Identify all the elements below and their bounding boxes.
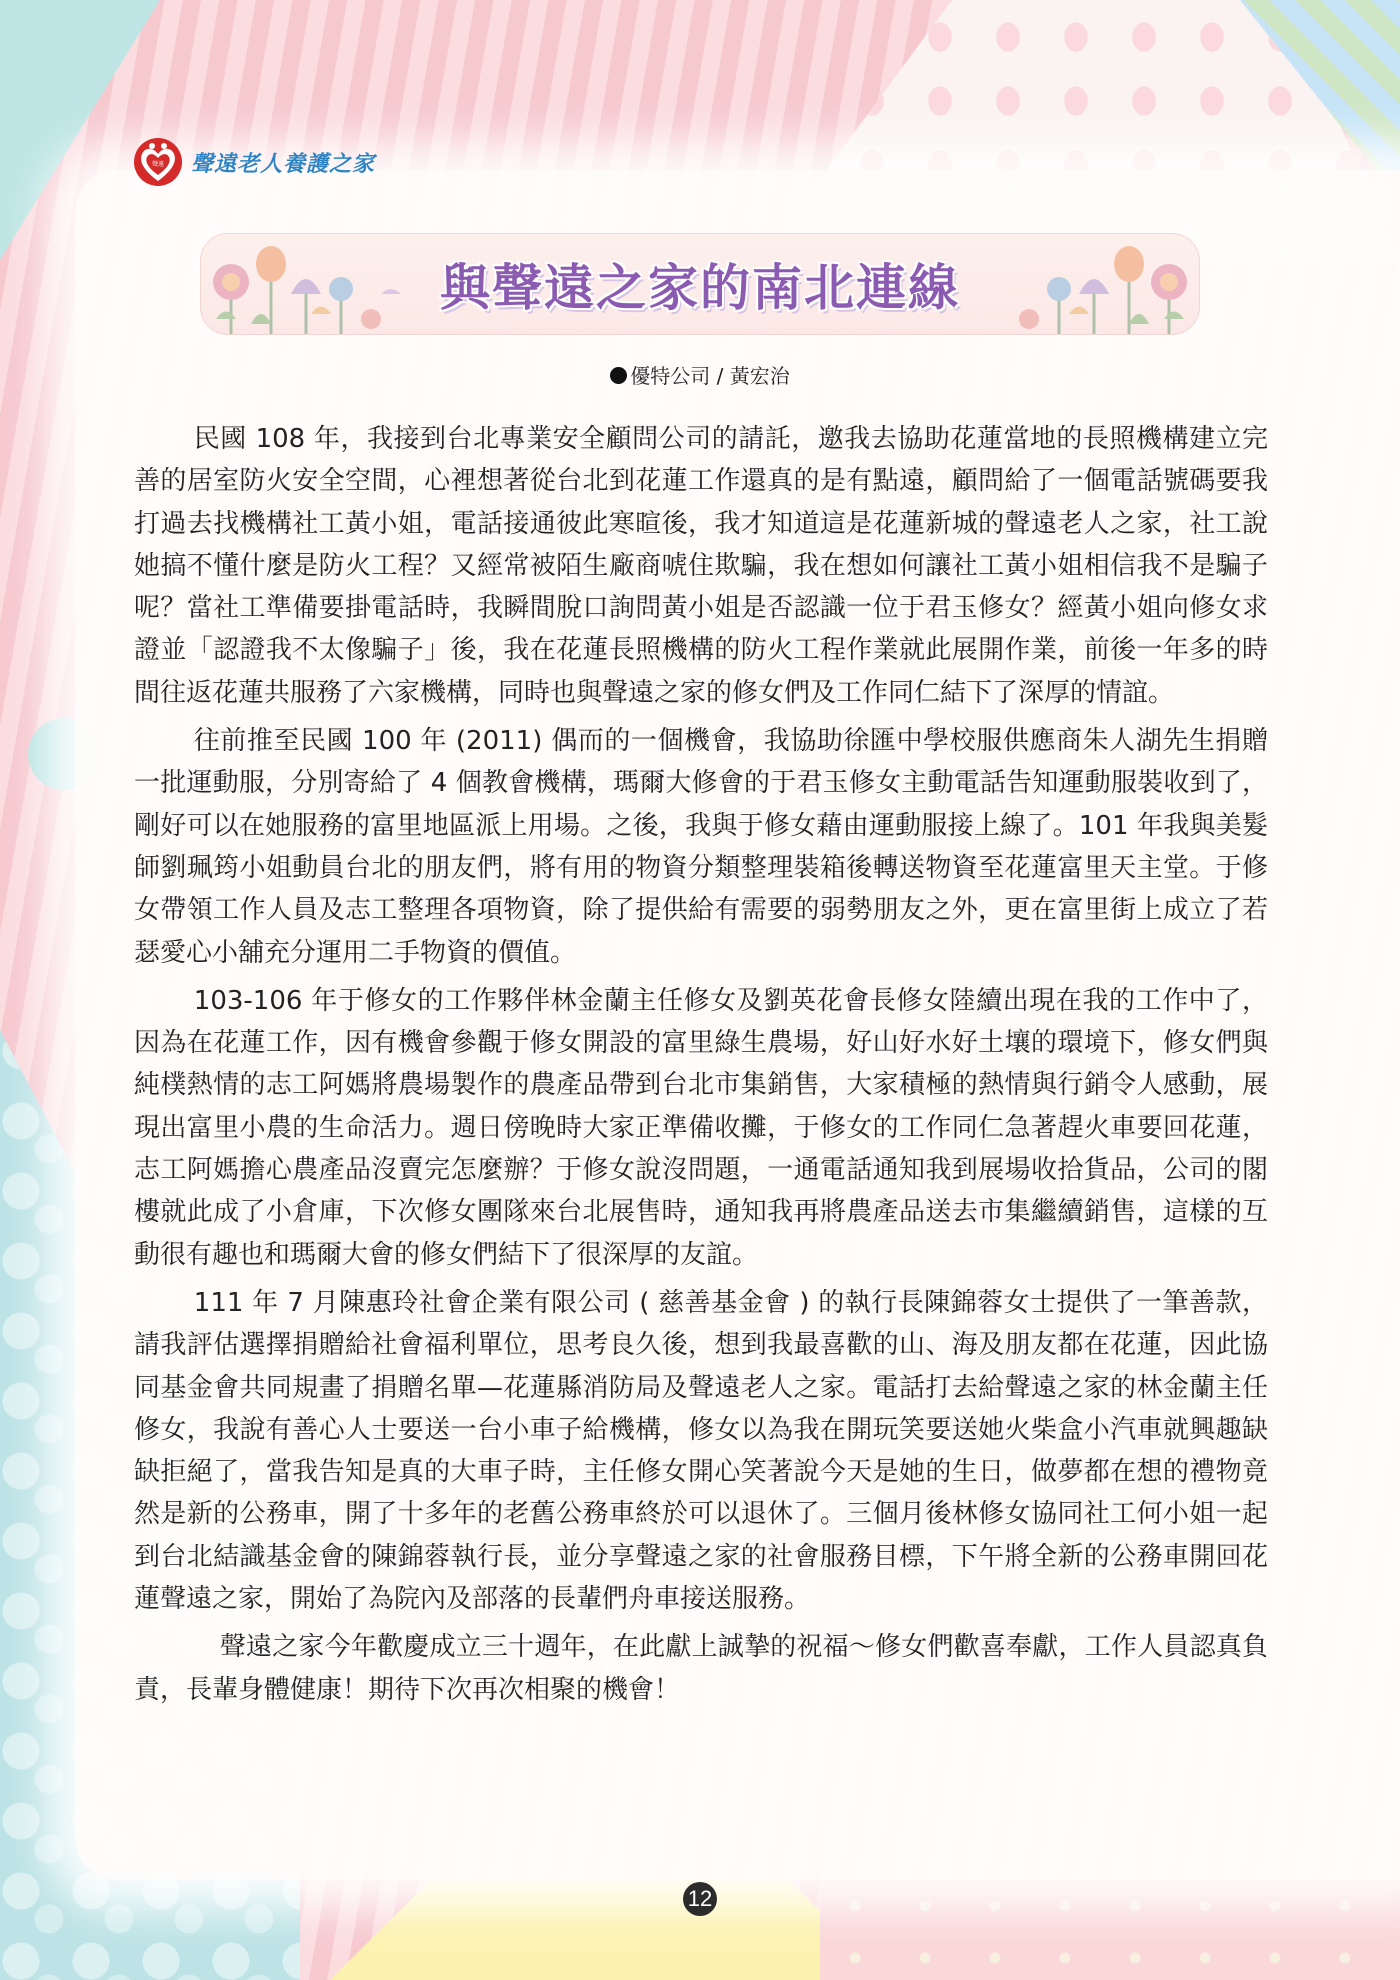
article-body: 民國 108 年，我接到台北專業安全顧問公司的請託，邀我去協助花蓮當地的長照機構… xyxy=(134,418,1268,1717)
organization-name: 聲遠老人養護之家 xyxy=(191,147,375,178)
paragraph-4: 111 年 7 月陳惠玲社會企業有限公司 ( 慈善基金會 ) 的執行長陳錦蓉女士… xyxy=(134,1282,1268,1620)
article-title: 與聲遠之家的南北連線 xyxy=(440,248,960,320)
svg-text:聲遠: 聲遠 xyxy=(152,160,164,168)
title-banner: 與聲遠之家的南北連線 xyxy=(200,233,1200,335)
byline-text: 優特公司 / 黃宏治 xyxy=(630,364,789,388)
paragraph-2: 往前推至民國 100 年 (2011) 偶而的一個機會，我協助徐匯中學校服供應商… xyxy=(134,720,1268,974)
page-number-badge: 12 xyxy=(683,1882,717,1916)
paragraph-1: 民國 108 年，我接到台北專業安全顧問公司的請託，邀我去協助花蓮當地的長照機構… xyxy=(134,418,1268,714)
byline: 優特公司 / 黃宏治 xyxy=(0,360,1400,389)
background-star-pattern xyxy=(820,1880,1400,1980)
paragraph-closing: 聲遠之家今年歡慶成立三十週年，在此獻上誠摯的祝福～修女們歡喜奉獻，工作人員認真負… xyxy=(134,1626,1268,1711)
organization-brand: 聲遠 聲遠老人養護之家 xyxy=(133,137,375,187)
flower-decoration-icon xyxy=(989,234,1199,334)
paragraph-3: 103-106 年于修女的工作夥伴林金蘭主任修女及劉英花會長修女陸續出現在我的工… xyxy=(134,980,1268,1276)
bullet-dot-icon xyxy=(610,367,627,384)
heart-logo-icon: 聲遠 xyxy=(133,137,183,187)
flower-decoration-icon xyxy=(201,234,411,334)
